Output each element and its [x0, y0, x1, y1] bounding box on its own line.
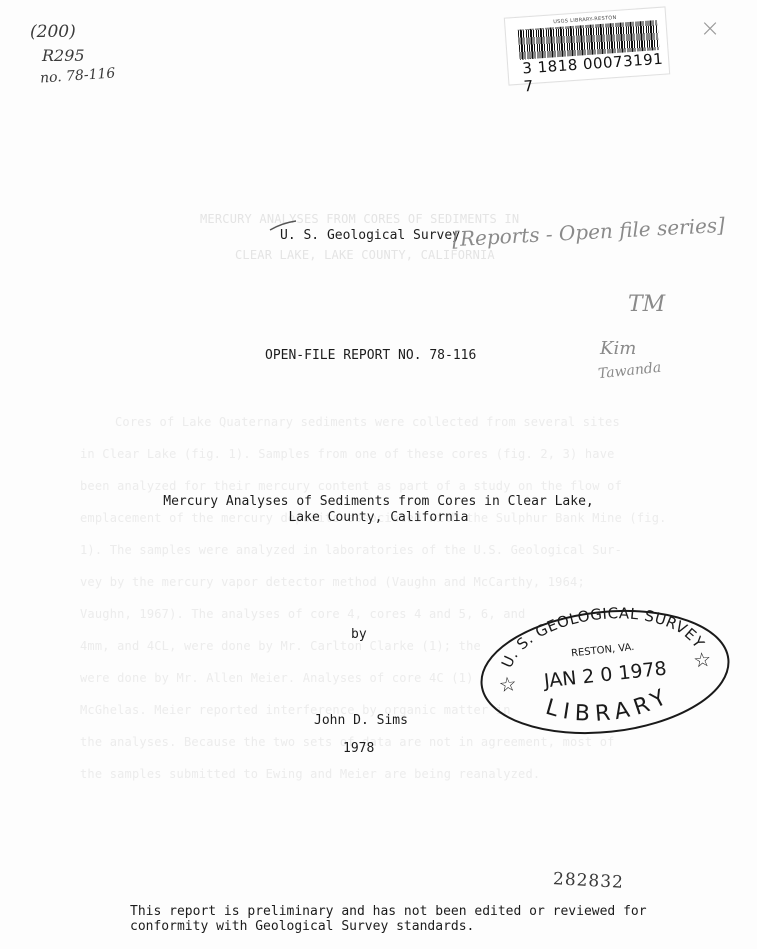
bleed-through-heading-1: MERCURY ANALYSES FROM CORES OF SEDIMENTS…: [200, 212, 519, 226]
document-page: MERCURY ANALYSES FROM CORES OF SEDIMENTS…: [0, 0, 757, 949]
svg-text:U. S. GEOLOGICAL SURVEY: U. S. GEOLOGICAL SURVEY: [493, 594, 709, 672]
disclaimer-line-1: This report is preliminary and has not b…: [130, 904, 647, 919]
bleed-through-line: 4mm, and 4CL, were done by Mr. Carlton C…: [80, 639, 481, 653]
organization-name: U. S. Geological Survey: [280, 228, 460, 243]
stamp-date: JAN 2 0 1978: [542, 658, 668, 693]
handwritten-call-number-2: R295: [42, 46, 85, 65]
library-barcode-label: USGS LIBRARY-RESTON 3 1818 00073191 7: [504, 6, 670, 85]
report-number: OPEN-FILE REPORT NO. 78-116: [265, 348, 476, 363]
report-title-line-2: Lake County, California: [100, 510, 657, 525]
disclaimer-line-2: conformity with Geological Survey standa…: [130, 919, 474, 934]
bleed-through-line: McGhelas. Meier reported interference by…: [80, 703, 511, 717]
stamp-star-right-icon: ☆: [692, 647, 712, 673]
report-title-line-1: Mercury Analyses of Sediments from Cores…: [100, 494, 657, 509]
bleed-through-line: in Clear Lake (fig. 1). Samples from one…: [80, 447, 615, 461]
stamp-top-text: U. S. GEOLOGICAL SURVEY: [493, 594, 709, 672]
handwritten-initials-tawanda: Tawanda: [597, 360, 662, 383]
publication-year: 1978: [343, 741, 374, 756]
handwritten-call-number-1: (200): [30, 22, 76, 42]
bleed-through-line: Vaughn, 1967). The analyses of core 4, c…: [80, 607, 525, 621]
handwritten-initials-kim: Kim: [600, 338, 636, 359]
stamp-star-left-icon: ☆: [498, 671, 518, 697]
bleed-through-line: were done by Mr. Allen Meier. Analyses o…: [80, 671, 474, 685]
stamp-location: RESTON, VA.: [571, 642, 635, 660]
handwritten-initials-tm: TM: [628, 292, 665, 317]
bleed-through-line: been analyzed for their mercury content …: [80, 479, 622, 493]
library-received-stamp: U. S. GEOLOGICAL SURVEY RESTON, VA. JAN …: [466, 593, 744, 750]
bleed-through-line: 1). The samples were analyzed in laborat…: [80, 543, 622, 557]
pencil-x-mark: ×: [700, 14, 720, 42]
bleed-through-line: Cores of Lake Quaternary sediments were …: [115, 415, 620, 429]
bleed-through-line: the samples submitted to Ewing and Meier…: [80, 767, 540, 781]
handwritten-accession-number: 282832: [553, 869, 625, 893]
author-name: John D. Sims: [314, 713, 408, 728]
bleed-through-line: vey by the mercury vapor detector method…: [80, 575, 585, 589]
by-label: by: [351, 627, 367, 642]
handwritten-call-number-3: no. 78-116: [40, 65, 116, 86]
